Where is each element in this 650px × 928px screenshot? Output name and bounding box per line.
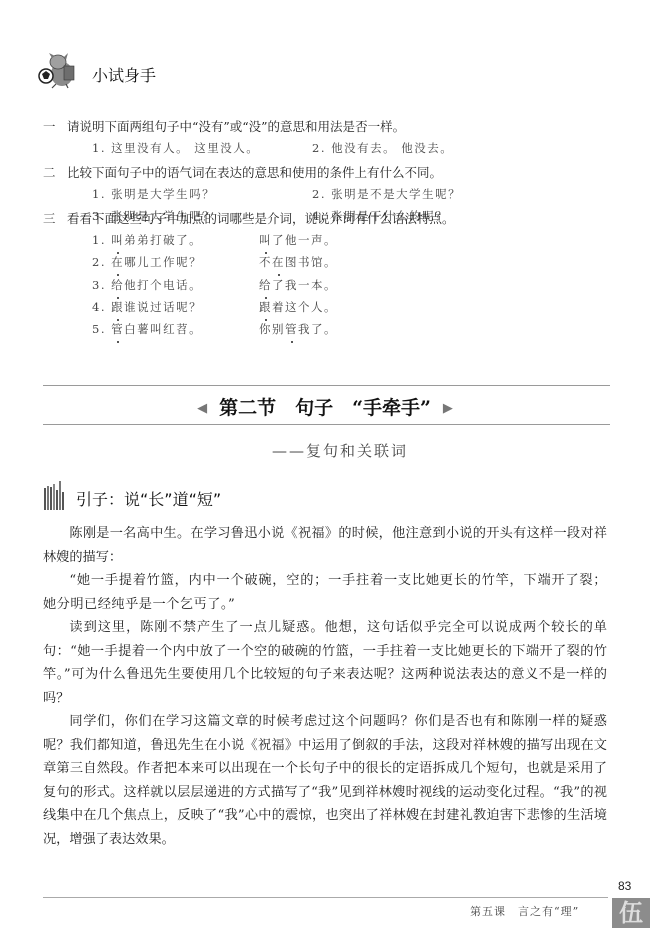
paragraph-2: 读到这里，陈刚不禁产生了一点儿疑惑。他想，这句话似乎完全可以说成两个较长的单句：… — [43, 616, 607, 710]
question-text: 比较下面句子中的语气词在表达的意思和使用的条件上有什么不同。 — [67, 165, 442, 180]
dotted-word: 给 — [111, 277, 124, 293]
paragraph-quote: “她一手提着竹篮，内中一个破碗，空的；一手拄着一支比她更长的竹竿，下端开了裂；她… — [43, 569, 607, 616]
pair-5-left: 5. 管白薯叫红苕。 — [92, 321, 202, 337]
dotted-word: 给 — [259, 277, 272, 293]
example-2-2: 2. 张明是不是大学生呢？ — [312, 186, 461, 202]
pair-2-left: 2. 在哪儿工作呢？ — [92, 254, 202, 270]
pair-1-right: 叫了他一声。 — [259, 232, 337, 248]
sentence-rest: 了我一本。 — [272, 278, 337, 292]
dotted-word: 跟 — [259, 299, 272, 315]
item-number: 2. — [92, 255, 111, 269]
example-2-1: 1. 张明是大学生吗？ — [92, 186, 215, 202]
sentence-rest: 弟弟打破了。 — [124, 233, 202, 247]
sentence-rest: 白薯叫红苕。 — [124, 322, 202, 336]
dotted-word: 叫 — [111, 232, 124, 248]
pair-2-right: 不在图书馆。 — [259, 254, 337, 270]
pair-3-right: 给了我一本。 — [259, 277, 337, 293]
footer-rule — [43, 897, 608, 898]
sentence-rest: 哪儿工作呢？ — [124, 255, 202, 269]
pair-5-right: 你别管我了。 — [259, 321, 337, 337]
item-number: 3. — [92, 278, 111, 292]
paragraph-1: 陈刚是一名高中生。在学习鲁迅小说《祝福》的时候，他注意到小说的开头有这样一段对祥… — [43, 522, 607, 569]
sentence-rest: 我了。 — [298, 322, 337, 336]
question-text: 请说明下面两组句子中“没有”或“没”的意思和用法是否一样。 — [67, 119, 405, 134]
chapter-rule-bottom — [43, 424, 610, 425]
question-3-line: 三看看下面这些句子中加点的词哪些是介词，说说介词有什么语法特点。 — [43, 209, 455, 227]
dotted-word: 在 — [111, 254, 124, 270]
chapter-rule-top — [43, 385, 610, 386]
sentence-rest: 着这个人。 — [272, 300, 337, 314]
practice-title: 小试身手 — [92, 63, 156, 86]
item-number: 1. — [92, 233, 111, 247]
chapter-title: 第二节 句子 “手牵手” — [219, 397, 431, 419]
body-text: 陈刚是一名高中生。在学习鲁迅小说《祝福》的时候，他注意到小说的开头有这样一段对祥… — [43, 522, 607, 851]
pair-3-left: 3. 给他打个电话。 — [92, 277, 202, 293]
question-text: 看看下面这些句子中加点的词哪些是介词，说说介词有什么语法特点。 — [67, 211, 455, 226]
question-number: 一 — [43, 117, 67, 135]
example-1-2: 2. 他没有去。 他没去。 — [312, 140, 453, 156]
sentence-rest: 他打个电话。 — [124, 278, 202, 292]
question-2: 二比较下面句子中的语气词在表达的意思和使用的条件上有什么不同。 — [43, 163, 442, 181]
sentence-rest: 图书馆。 — [285, 255, 337, 269]
item-number: 4. — [92, 300, 111, 314]
dotted-word: 管 — [111, 321, 124, 337]
pair-1-left: 1. 叫弟弟打破了。 — [92, 232, 202, 248]
sentence-pre: 你别 — [259, 322, 285, 336]
pencils-icon — [44, 480, 64, 510]
page-number: 83 — [618, 879, 631, 893]
intro-title: 引子：说“长”道“短” — [76, 487, 221, 510]
question-1: 一请说明下面两组句子中“没有”或“没”的意思和用法是否一样。 — [43, 117, 405, 135]
dotted-word: 跟 — [111, 299, 124, 315]
chapter-heading: ◀第二节 句子 “手牵手”▶ — [0, 393, 650, 420]
practice-header: 小试身手 — [38, 52, 156, 90]
left-triangle-icon: ◀ — [197, 401, 207, 416]
dotted-word: 管 — [285, 321, 298, 337]
intro-header: 引子：说“长”道“短” — [44, 480, 221, 510]
mascot-icon — [38, 52, 78, 90]
sentence-rest: 谁说过话呢？ — [124, 300, 202, 314]
sentence-pre: 不 — [259, 255, 272, 269]
pair-4-right: 跟着这个人。 — [259, 299, 337, 315]
chapter-subtitle: ——复句和关联词 — [0, 440, 650, 461]
item-number: 5. — [92, 322, 111, 336]
right-triangle-icon: ▶ — [443, 401, 453, 416]
paragraph-3: 同学们，你们在学习这篇文章的时候考虑过这个问题吗？你们是否也有和陈刚一样的疑惑呢… — [43, 710, 607, 851]
pair-4-left: 4. 跟谁说过话呢？ — [92, 299, 202, 315]
question-number: 三 — [43, 209, 67, 227]
example-1-1: 1. 这里没有人。 这里没人。 — [92, 140, 259, 156]
dotted-word: 叫 — [259, 232, 272, 248]
chapter-tab: 伍 — [612, 898, 650, 928]
lesson-title: 第五课 言之有“理” — [470, 903, 579, 919]
dotted-word: 在 — [272, 254, 285, 270]
sentence-rest: 了他一声。 — [272, 233, 337, 247]
question-number: 二 — [43, 163, 67, 181]
